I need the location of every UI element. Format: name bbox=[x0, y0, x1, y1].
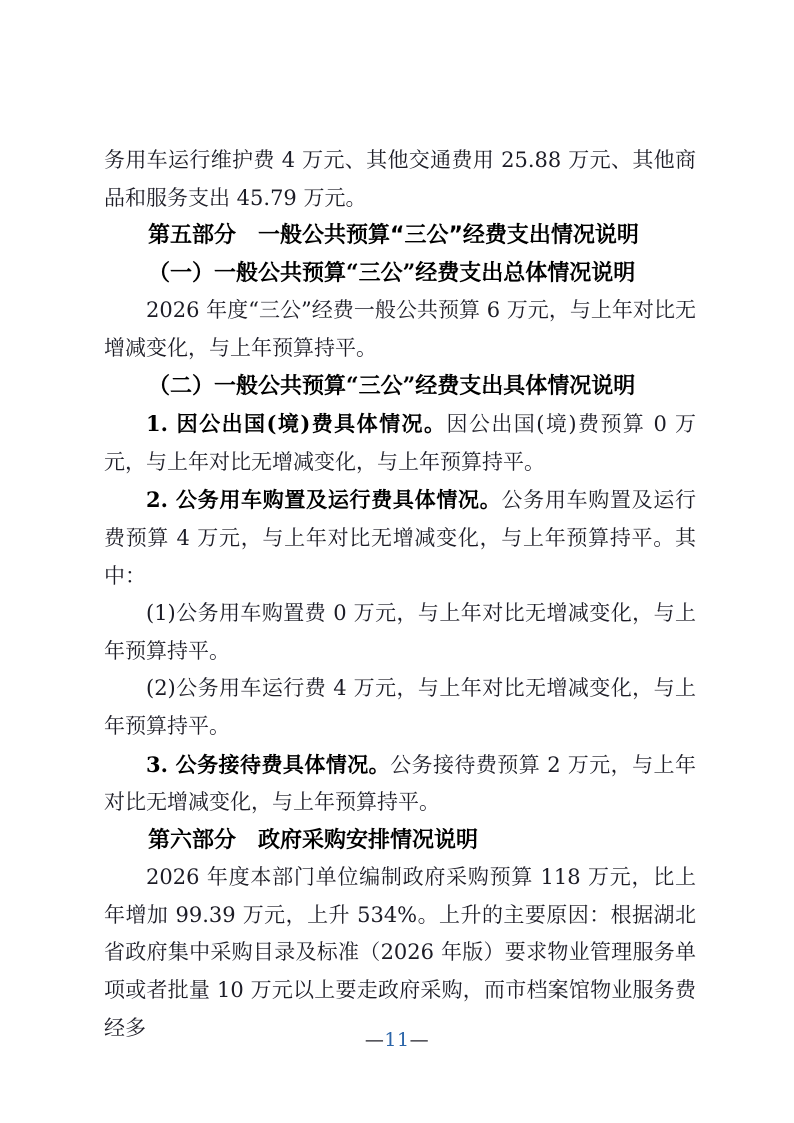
paragraph-total-budget: 2026 年度“三公”经费一般公共预算 6 万元，与上年对比无增减变化，与上年预… bbox=[104, 292, 696, 367]
item3-lead-label: 3. 公务接待费具体情况。 bbox=[146, 752, 390, 777]
heading-part6: 第六部分 政府采购安排情况说明 bbox=[104, 822, 696, 860]
page-footer: —11— bbox=[0, 1028, 794, 1052]
document-body: 务用车运行维护费 4 万元、其他交通费用 25.88 万元、其他商品和服务支出 … bbox=[104, 142, 696, 1047]
paragraph-procurement: 2026 年度本部门单位编制政府采购预算 118 万元，比上年增加 99.39 … bbox=[104, 859, 696, 1047]
item1-lead-label: 1. 因公出国(境)费具体情况。 bbox=[146, 411, 446, 436]
paragraph-carryover: 务用车运行维护费 4 万元、其他交通费用 25.88 万元、其他商品和服务支出 … bbox=[104, 142, 696, 217]
footer-dash-right: — bbox=[410, 1029, 430, 1051]
paragraph-item2-sub2-operation: (2)公务用车运行费 4 万元，与上年对比无增减变化，与上年预算持平。 bbox=[104, 670, 696, 745]
paragraph-item2-sub1-purchase: (1)公务用车购置费 0 万元，与上年对比无增减变化，与上年预算持平。 bbox=[104, 595, 696, 670]
footer-dash-left: — bbox=[365, 1029, 385, 1051]
document-page: 务用车运行维护费 4 万元、其他交通费用 25.88 万元、其他商品和服务支出 … bbox=[0, 0, 794, 1123]
subheading-overall-situation: （一）一般公共预算“三公”经费支出总体情况说明 bbox=[104, 255, 696, 293]
page-number: 11 bbox=[384, 1029, 409, 1051]
item2-lead-label: 2. 公务用车购置及运行费具体情况。 bbox=[146, 487, 501, 512]
paragraph-item2-vehicle-fee: 2. 公务用车购置及运行费具体情况。公务用车购置及运行费预算 4 万元，与上年对… bbox=[104, 481, 696, 595]
paragraph-item1-abroad-fee: 1. 因公出国(境)费具体情况。因公出国(境)费预算 0 万元，与上年对比无增减… bbox=[104, 405, 696, 481]
heading-part5: 第五部分 一般公共预算“三公”经费支出情况说明 bbox=[104, 217, 696, 255]
subheading-detail-situation: （二）一般公共预算“三公”经费支出具体情况说明 bbox=[104, 368, 696, 406]
paragraph-item3-reception-fee: 3. 公务接待费具体情况。公务接待费预算 2 万元，与上年对比无增减变化，与上年… bbox=[104, 746, 696, 822]
